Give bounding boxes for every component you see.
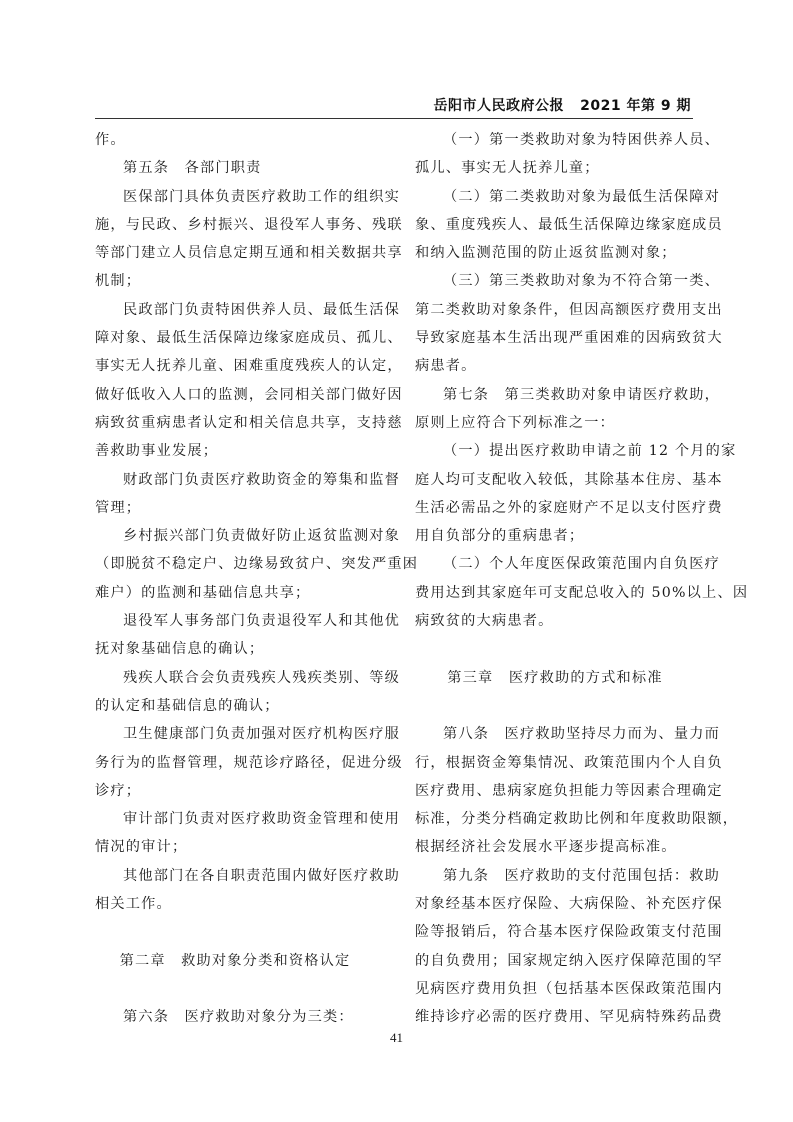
blank-line — [415, 635, 695, 663]
text-line: 根据经济社会发展水平逐步提高标准。 — [415, 833, 695, 861]
text-line: 病患者。 — [415, 352, 695, 380]
publication-name: 岳阳市人民政府公报 — [434, 98, 565, 114]
text-line: 卫生健康部门负责加强对医疗机构医疗服 — [95, 720, 375, 748]
text-line: 标准，分类分档确定救助比例和年度救助限额， — [415, 805, 695, 833]
text-line: 其他部门在各自职责范围内做好医疗救助 — [95, 862, 375, 890]
text-line: 第七条 第三类救助对象申请医疗救助， — [415, 381, 695, 409]
page-header: 岳阳市人民政府公报 2021 年第 9 期 — [95, 94, 693, 119]
text-line: 医保部门具体负责医疗救助工作的组织实 — [95, 183, 375, 211]
text-line: （一）第一类救助对象为特困供养人员、 — [415, 126, 695, 154]
text-line: 难户）的监测和基础信息共享； — [95, 579, 375, 607]
chapter-heading: 第二章 救助对象分类和资格认定 — [95, 947, 375, 975]
blank-line — [95, 975, 375, 1003]
text-line: 对象经基本医疗保险、大病保险、补充医疗保 — [415, 890, 695, 918]
text-line: 病致贫重病患者认定和相关信息共享，支持慈 — [95, 409, 375, 437]
text-line: 施，与民政、乡村振兴、退役军人事务、残联 — [95, 211, 375, 239]
text-line: 庭人均可支配收入较低，其除基本住房、基本 — [415, 466, 695, 494]
text-line: 象、重度残疾人、最低生活保障边缘家庭成员 — [415, 211, 695, 239]
blank-line — [95, 918, 375, 946]
text-line: 抚对象基础信息的确认； — [95, 635, 375, 663]
text-line: 善救助事业发展； — [95, 437, 375, 465]
text-line: 费用达到其家庭年可支配总收入的 50%以上、因 — [415, 579, 695, 607]
text-line: 行，根据资金筹集情况、政策范围内个人自负 — [415, 749, 695, 777]
text-line: 管理； — [95, 494, 375, 522]
text-line: 作。 — [95, 126, 375, 154]
text-line: 第六条 医疗救助对象分为三类： — [95, 1003, 375, 1031]
text-line: 见病医疗费用负担（包括基本医保政策范围内 — [415, 975, 695, 1003]
text-line: 原则上应符合下列标准之一： — [415, 409, 695, 437]
text-line: 和纳入监测范围的防止返贫监测对象； — [415, 239, 695, 267]
page-number: 41 — [0, 1030, 793, 1046]
text-line: 审计部门负责对医疗救助资金管理和使用 — [95, 805, 375, 833]
text-line: 第八条 医疗救助坚持尽力而为、量力而 — [415, 720, 695, 748]
text-line: 第五条 各部门职责 — [95, 154, 375, 182]
blank-line — [415, 692, 695, 720]
issue-number: 2021 年第 9 期 — [580, 98, 691, 114]
text-line: 务行为的监督管理，规范诊疗路径，促进分级 — [95, 749, 375, 777]
text-line: 的自负费用；国家规定纳入医疗保障范围的罕 — [415, 947, 695, 975]
text-line: 乡村振兴部门负责做好防止返贫监测对象 — [95, 522, 375, 550]
text-line: 障对象、最低生活保障边缘家庭成员、孤儿、 — [95, 324, 375, 352]
text-line: （即脱贫不稳定户、边缘易致贫户、突发严重困 — [95, 550, 375, 578]
text-line: 情况的审计； — [95, 833, 375, 861]
left-column: 作。第五条 各部门职责医保部门具体负责医疗救助工作的组织实施，与民政、乡村振兴、… — [95, 126, 375, 1032]
text-line: 做好低收入人口的监测，会同相关部门做好因 — [95, 381, 375, 409]
text-line: 机制； — [95, 267, 375, 295]
text-line: 第二类救助对象条件，但因高额医疗费用支出 — [415, 296, 695, 324]
text-line: 事实无人抚养儿童、困难重度残疾人的认定， — [95, 352, 375, 380]
text-line: 导致家庭基本生活出现严重困难的因病致贫大 — [415, 324, 695, 352]
text-line: 第九条 医疗救助的支付范围包括：救助 — [415, 862, 695, 890]
text-line: 病致贫的大病患者。 — [415, 607, 695, 635]
text-line: 用自负部分的重病患者； — [415, 522, 695, 550]
publication-header: 岳阳市人民政府公报 2021 年第 9 期 — [434, 95, 691, 115]
text-line: 财政部门负责医疗救助资金的筹集和监督 — [95, 466, 375, 494]
text-line: 维持诊疗必需的医疗费用、罕见病特殊药品费 — [415, 1003, 695, 1031]
text-line: 相关工作。 — [95, 890, 375, 918]
right-column: （一）第一类救助对象为特困供养人员、孤儿、事实无人抚养儿童；（二）第二类救助对象… — [415, 126, 695, 1032]
text-line: （三）第三类救助对象为不符合第一类、 — [415, 267, 695, 295]
text-line: （一）提出医疗救助申请之前 12 个月的家 — [415, 437, 695, 465]
text-line: 诊疗； — [95, 777, 375, 805]
text-line: （二）个人年度医保政策范围内自负医疗 — [415, 550, 695, 578]
text-line: 民政部门负责特困供养人员、最低生活保 — [95, 296, 375, 324]
text-line: 等部门建立人员信息定期互通和相关数据共享 — [95, 239, 375, 267]
text-line: 医疗费用、患病家庭负担能力等因素合理确定 — [415, 777, 695, 805]
chapter-heading: 第三章 医疗救助的方式和标准 — [415, 664, 695, 692]
text-line: 的认定和基础信息的确认； — [95, 692, 375, 720]
text-line: 残疾人联合会负责残疾人残疾类别、等级 — [95, 664, 375, 692]
text-line: 退役军人事务部门负责退役军人和其他优 — [95, 607, 375, 635]
text-line: 生活必需品之外的家庭财产不足以支付医疗费 — [415, 494, 695, 522]
text-line: （二）第二类救助对象为最低生活保障对 — [415, 183, 695, 211]
text-line: 险等报销后，符合基本医疗保险政策支付范围 — [415, 918, 695, 946]
text-line: 孤儿、事实无人抚养儿童； — [415, 154, 695, 182]
